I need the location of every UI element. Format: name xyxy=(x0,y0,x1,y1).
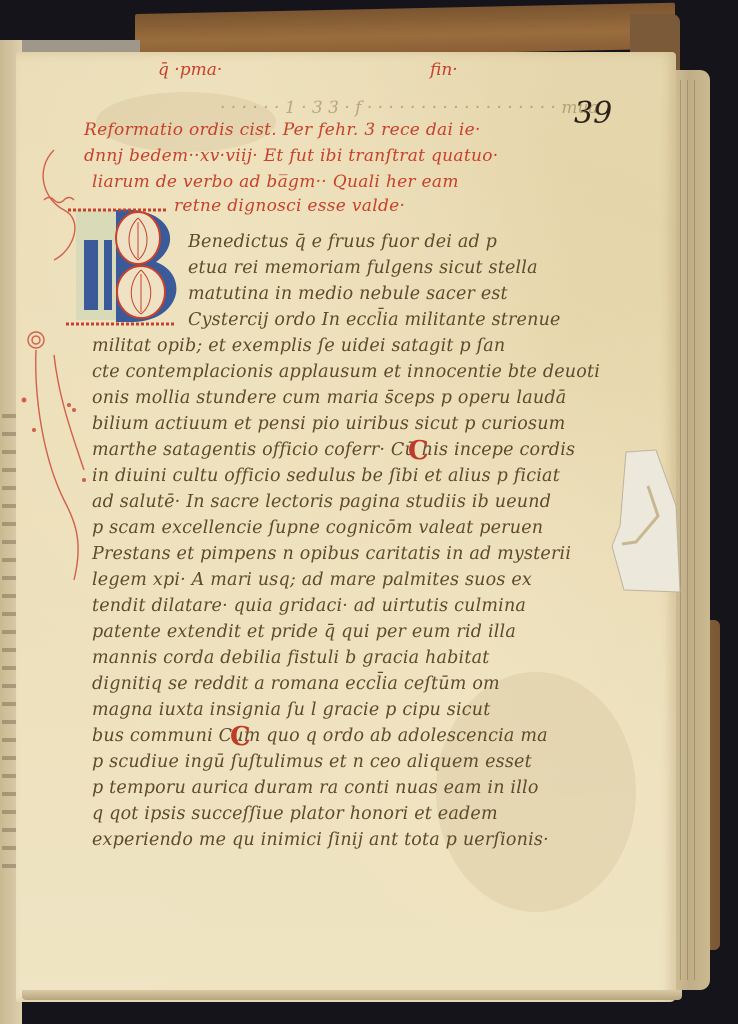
text-line: matutina in medio nebule sacer est xyxy=(188,284,508,304)
text-line: bus communi Cum quo q ordo ab adolescenc… xyxy=(92,726,548,746)
text-line: q qot ipsis succeſſiue plator honori et … xyxy=(92,804,498,824)
text-line: Cystercij ordo In eccl̄ia militante stre… xyxy=(188,310,561,330)
text-line: bilium actiuum et pensi pio uiribus sicu… xyxy=(92,414,565,434)
text-line: patente extendit et pride q̄ qui per eum… xyxy=(92,622,516,642)
text-line: Benedictus q̄ e fruus fuor dei ad p xyxy=(188,232,497,252)
text-line: militat opib; et exemplis ſe uidei satag… xyxy=(92,336,505,356)
text-line: etua rei memoriam fulgens sicut stella xyxy=(188,258,538,278)
text-line: ad salutē· In sacre lectoris pagina stud… xyxy=(92,492,551,512)
rubric-line: liarum de verbo ad ba̅gm·· Quali her eam xyxy=(92,172,459,192)
illuminated-initial-b xyxy=(56,200,186,330)
text-line: legem xpi· A mari usq; ad mare palmites … xyxy=(92,570,532,590)
inserted-paper-slip xyxy=(606,446,686,596)
running-header-left: q̄ ·pma· xyxy=(158,60,222,80)
text-line: magna iuxta insignia ſu l gracie p cipu … xyxy=(92,700,490,720)
red-capital: C xyxy=(230,722,251,752)
text-line: dignitiq se reddit a romana eccl̄ia ceſt… xyxy=(92,674,500,694)
text-line: tendit dilatare· quia gridaci· ad uirtut… xyxy=(92,596,526,616)
page-bottom-edge xyxy=(22,990,682,1000)
rubric-line: dnnj bedem··xv·viij· Et fut ibi tranſtra… xyxy=(84,146,498,166)
text-line: experiendo me qu inimici ſinij ant tota … xyxy=(92,830,549,850)
text-line: marthe satagentis officio coferr· Cū his… xyxy=(92,440,575,460)
text-line: onis mollia stundere cum maria s̄ceps p … xyxy=(92,388,566,408)
rubric-line: Reformatio ordis cist. Per fehr. 3 rece … xyxy=(84,120,481,140)
text-line: cte contemplacionis applausum et innocen… xyxy=(92,362,600,382)
text-line: p temporu aurica duram ra conti nuas eam… xyxy=(92,778,539,798)
faded-line: · · · · · · 1 · 3 3 · f · · · · · · · · … xyxy=(220,98,599,118)
red-capital: C xyxy=(408,436,429,466)
text-line: p scam excellencie ſupne cognicōm valeat… xyxy=(92,518,543,538)
running-header-center: fin· xyxy=(430,60,458,80)
text-line: Prestans et pimpens n opibus caritatis i… xyxy=(92,544,571,564)
text-line: in diuini cultu officio sedulus be ſibi … xyxy=(92,466,560,486)
text-line: mannis corda debilia fistuli b gracia ha… xyxy=(92,648,489,668)
text-line: p scudiue ingū ſuſtulimus et n ceo aliqu… xyxy=(92,752,532,772)
rubric-line: retne dignosci esse valde· xyxy=(174,196,405,216)
